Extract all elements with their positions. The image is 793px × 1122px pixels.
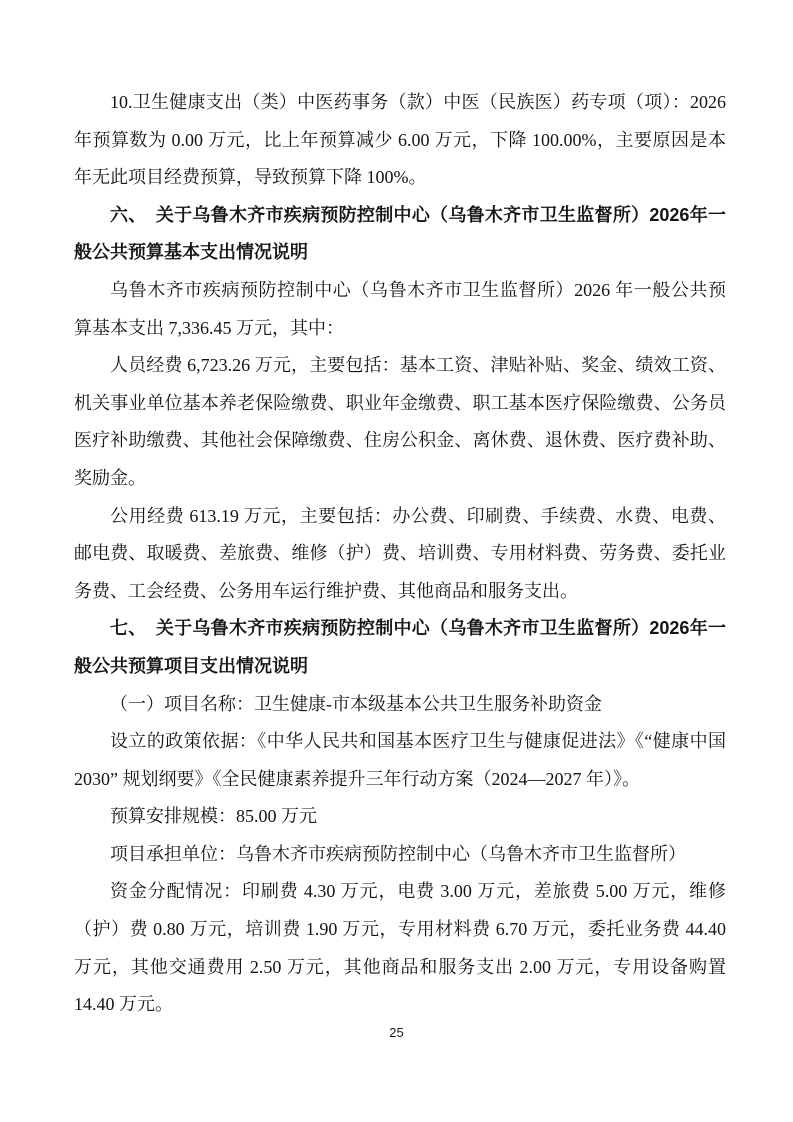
public-expense-paragraph: 公用经费 613.19 万元，主要包括：办公费、印刷费、手续费、水费、电费、邮电… [74,498,726,611]
section-6-heading: 六、 关于乌鲁木齐市疾病预防控制中心（乌鲁木齐市卫生监督所）2026年一般公共预… [74,197,726,272]
budget-item-10-paragraph: 10.卫生健康支出（类）中医药事务（款）中医（民族医）药专项（项）：2026 年… [74,84,726,197]
undertaking-unit-paragraph: 项目承担单位：乌鲁木齐市疾病预防控制中心（乌鲁木齐市卫生监督所） [74,836,726,874]
page-number: 25 [0,1025,793,1041]
budget-scale-paragraph: 预算安排规模：85.00 万元 [74,798,726,836]
policy-basis-paragraph: 设立的政策依据：《中华人民共和国基本医疗卫生与健康促进法》《“健康中国 2030… [74,723,726,798]
document-page: 10.卫生健康支出（类）中医药事务（款）中医（民族医）药专项（项）：2026 年… [0,0,793,1122]
personnel-expense-paragraph: 人员经费 6,723.26 万元，主要包括：基本工资、津贴补贴、奖金、绩效工资、… [74,347,726,497]
document-body: 10.卫生健康支出（类）中医药事务（款）中医（民族医）药专项（项）：2026 年… [74,84,726,1024]
fund-allocation-paragraph: 资金分配情况：印刷费 4.30 万元，电费 3.00 万元，差旅费 5.00 万… [74,873,726,1023]
project-name-paragraph: （一）项目名称：卫生健康-市本级基本公共卫生服务补助资金 [74,686,726,724]
section-6-basic-expenditure-paragraph: 乌鲁木齐市疾病预防控制中心（乌鲁木齐市卫生监督所）2026 年一般公共预算基本支… [74,272,726,347]
section-7-heading: 七、 关于乌鲁木齐市疾病预防控制中心（乌鲁木齐市卫生监督所）2026年一般公共预… [74,610,726,685]
